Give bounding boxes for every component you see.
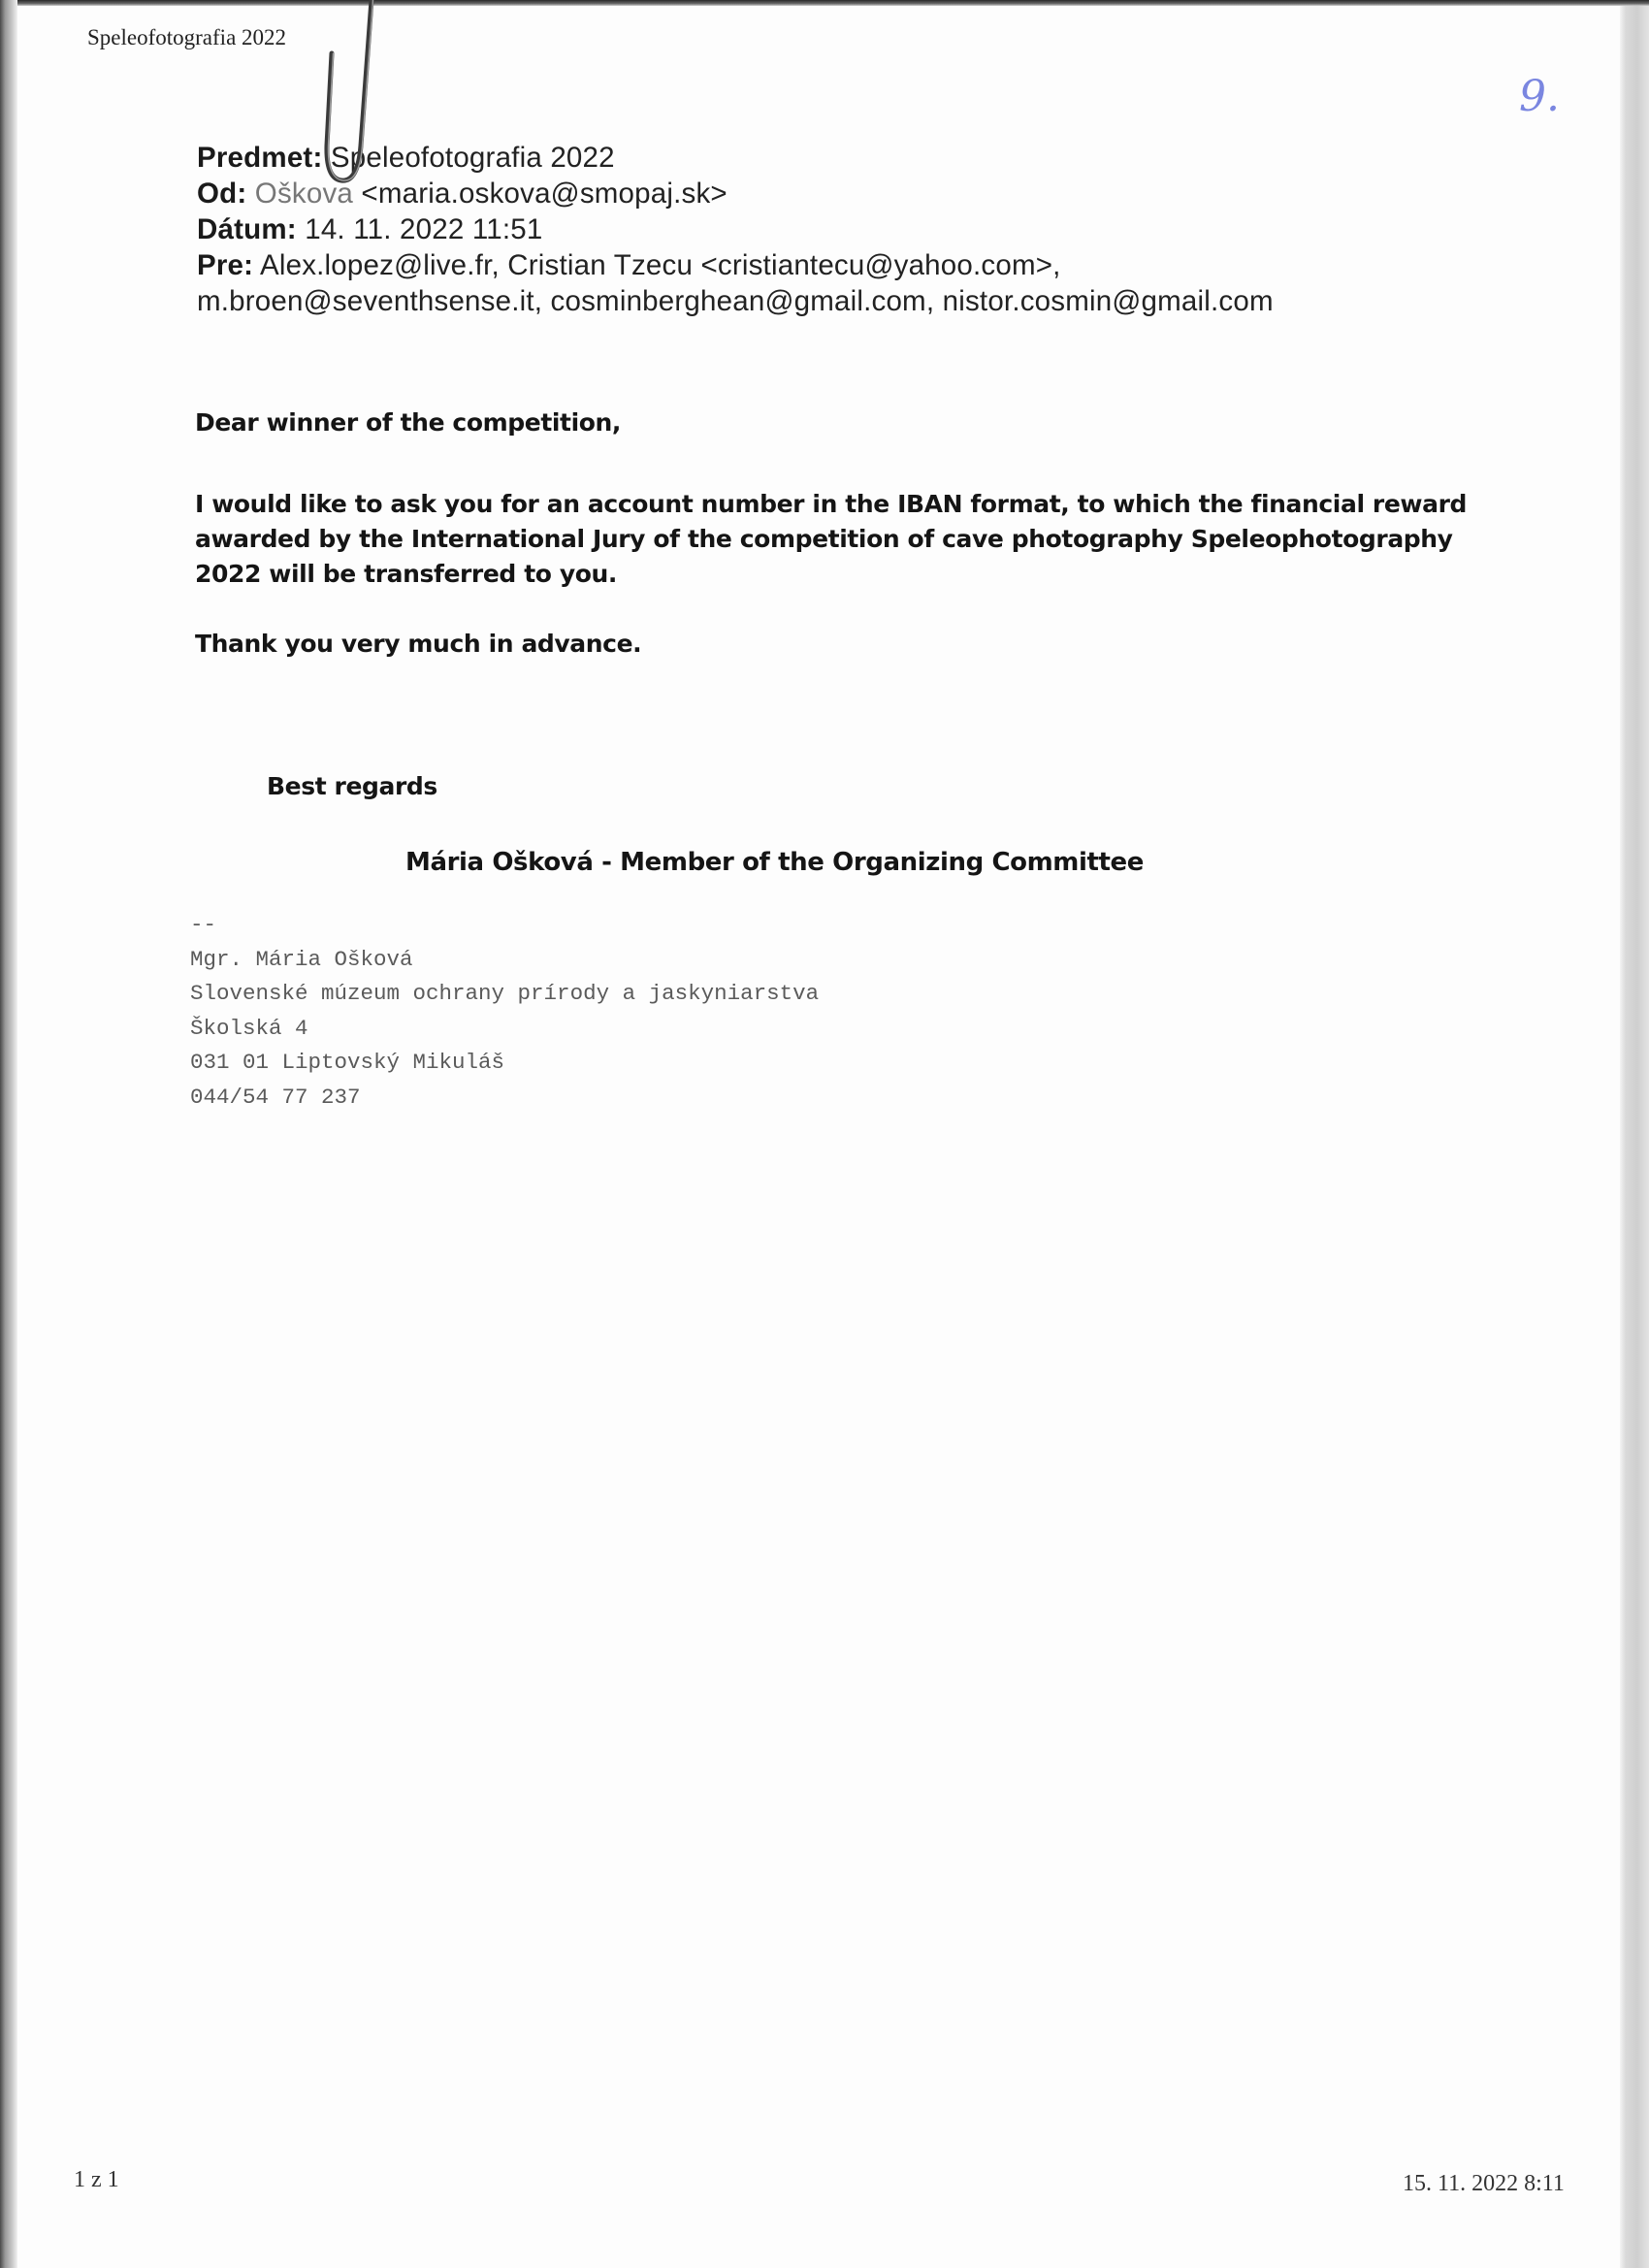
print-timestamp: 15. 11. 2022 8:11 bbox=[1403, 2171, 1565, 2197]
page-indicator: 1 z 1 bbox=[74, 2167, 119, 2193]
from-email: <maria.oskova@smopaj.sk> bbox=[361, 178, 727, 210]
signature-street: Školská 4 bbox=[190, 1012, 819, 1047]
subject-label: Predmet: bbox=[197, 142, 322, 174]
paperclip-icon bbox=[310, 0, 388, 194]
scan-edge-right bbox=[1620, 6, 1649, 2268]
date-row: Dátum: 14. 11. 2022 11:51 bbox=[197, 211, 1274, 247]
print-header-title: Speleofotografia 2022 bbox=[87, 25, 286, 50]
signoff: Mária Ošková - Member of the Organizing … bbox=[405, 848, 1144, 877]
signature-name: Mgr. Mária Ošková bbox=[190, 943, 819, 978]
from-label: Od: bbox=[197, 178, 246, 210]
to-row: Pre: Alex.lopez@live.fr, Cristian Tzecu … bbox=[197, 247, 1274, 283]
to-recipients-line1: Alex.lopez@live.fr, Cristian Tzecu <cris… bbox=[260, 249, 1061, 281]
to-recipients-line2: m.broen@seventhsense.it, cosminberghean@… bbox=[197, 285, 1274, 317]
to-row-continued: m.broen@seventhsense.it, cosminberghean@… bbox=[197, 283, 1274, 319]
greeting: Dear winner of the competition, bbox=[195, 405, 621, 440]
scan-edge-left bbox=[0, 0, 17, 2268]
signature-city: 031 01 Liptovský Mikuláš bbox=[190, 1046, 819, 1081]
signature-phone: 044/54 77 237 bbox=[190, 1081, 819, 1116]
request-paragraph: I would like to ask you for an account n… bbox=[195, 487, 1495, 592]
email-signature: --Mgr. Mária OškováSlovenské múzeum ochr… bbox=[190, 908, 819, 1115]
date-value: 14. 11. 2022 11:51 bbox=[305, 213, 542, 245]
to-label: Pre: bbox=[197, 249, 253, 281]
signature-separator: -- bbox=[190, 908, 819, 943]
scanned-page: Speleofotografia 2022 9. Predmet: Speleo… bbox=[17, 6, 1620, 2268]
closing: Best regards bbox=[267, 772, 437, 800]
date-label: Dátum: bbox=[197, 213, 297, 245]
thanks-line: Thank you very much in advance. bbox=[195, 627, 641, 662]
signature-organization: Slovenské múzeum ochrany prírody a jasky… bbox=[190, 977, 819, 1012]
handwritten-page-number: 9. bbox=[1519, 72, 1560, 121]
